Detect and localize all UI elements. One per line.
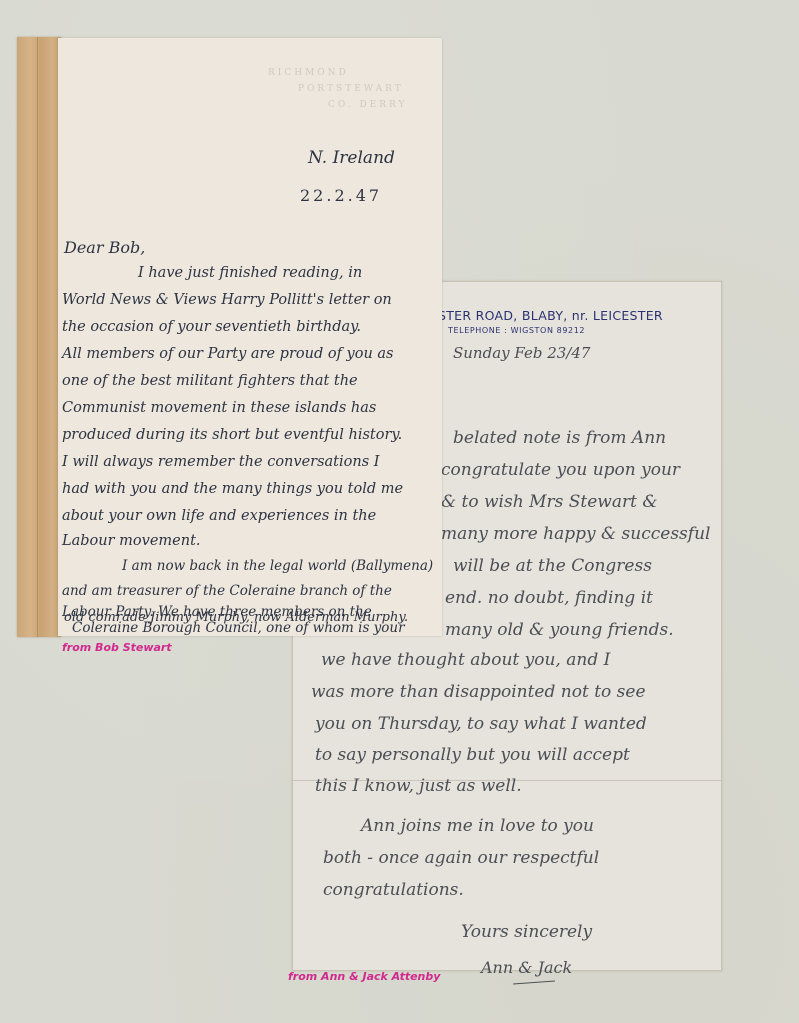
handwritten-line: & to wish Mrs Stewart & — [441, 492, 657, 512]
handwritten-line: Communist movement in these islands has — [62, 400, 376, 416]
handwritten-line: I will always remember the conversations… — [62, 454, 380, 470]
valediction: Yours sincerely — [461, 922, 592, 942]
annotation-from-bob-stewart: from Bob Stewart — [62, 641, 172, 654]
handwritten-line: congratulations. — [323, 880, 464, 900]
faint-letterhead-line: PORTSTEWART — [298, 84, 404, 94]
handwritten-line: had with you and the many things you tol… — [62, 481, 403, 497]
handwritten-line: the occasion of your seventieth birthday… — [62, 319, 361, 335]
handwritten-line: we have thought about you, and I — [321, 650, 610, 670]
letter-date: Sunday Feb 23/47 — [453, 344, 590, 362]
handwritten-line: and am treasurer of the Coleraine branch… — [62, 583, 392, 599]
signature-underline — [513, 981, 555, 985]
signature: Ann & Jack — [481, 958, 572, 977]
handwritten-line: Ann joins me in love to you — [361, 816, 594, 836]
handwritten-line: many old & young friends. — [445, 620, 674, 640]
handwritten-line: to say personally but you will accept — [315, 745, 630, 765]
handwritten-line: this I know, just as well. — [315, 776, 522, 796]
handwritten-line: World News & Views Harry Pollitt's lette… — [62, 292, 392, 308]
handwritten-line: belated note is from Ann — [453, 428, 666, 448]
handwritten-line: both - once again our respectful — [323, 848, 599, 868]
handwritten-line: produced during its short but eventful h… — [62, 427, 402, 443]
letterhead-address: STER ROAD, BLABY, nr. LEICESTER — [438, 308, 663, 323]
letterhead-telephone: TELEPHONE : WIGSTON 89212 — [448, 326, 663, 335]
handwritten-line: old comrade Jimmy Murphy, now Alderman M… — [64, 610, 408, 625]
handwritten-line: congratulate you upon your — [441, 460, 680, 480]
handwritten-line: about your own life and experiences in t… — [62, 508, 376, 524]
faint-letterhead-line: CO. DERRY — [328, 100, 407, 110]
letter-bob-stewart: RICHMOND PORTSTEWART CO. DERRY N. Irelan… — [58, 38, 442, 636]
handwritten-line: All members of our Party are proud of yo… — [62, 346, 394, 362]
handwritten-line: was more than disappointed not to see — [311, 682, 646, 702]
printed-letterhead: STER ROAD, BLABY, nr. LEICESTER TELEPHON… — [438, 308, 663, 335]
place: N. Ireland — [308, 148, 395, 168]
faint-letterhead-line: RICHMOND — [268, 68, 349, 78]
letter-date: 22.2.47 — [300, 186, 382, 205]
handwritten-line: will be at the Congress — [453, 556, 652, 576]
handwritten-line: one of the best militant fighters that t… — [62, 373, 358, 389]
handwritten-line: I have just finished reading, in — [138, 265, 362, 281]
handwritten-line: Labour movement. — [62, 533, 201, 549]
adhesive-tape-strip — [17, 37, 61, 637]
annotation-from-ann-and-jack: from Ann & Jack Attenby — [288, 970, 440, 983]
handwritten-line: end. no doubt, finding it — [445, 588, 653, 608]
handwritten-line: you on Thursday, to say what I wanted — [315, 714, 647, 734]
handwritten-line: I am now back in the legal world (Ballym… — [122, 558, 433, 574]
salutation: Dear Bob, — [64, 238, 145, 257]
handwritten-line: many more happy & successful — [441, 524, 710, 544]
album-page: STER ROAD, BLABY, nr. LEICESTER TELEPHON… — [0, 0, 799, 1023]
